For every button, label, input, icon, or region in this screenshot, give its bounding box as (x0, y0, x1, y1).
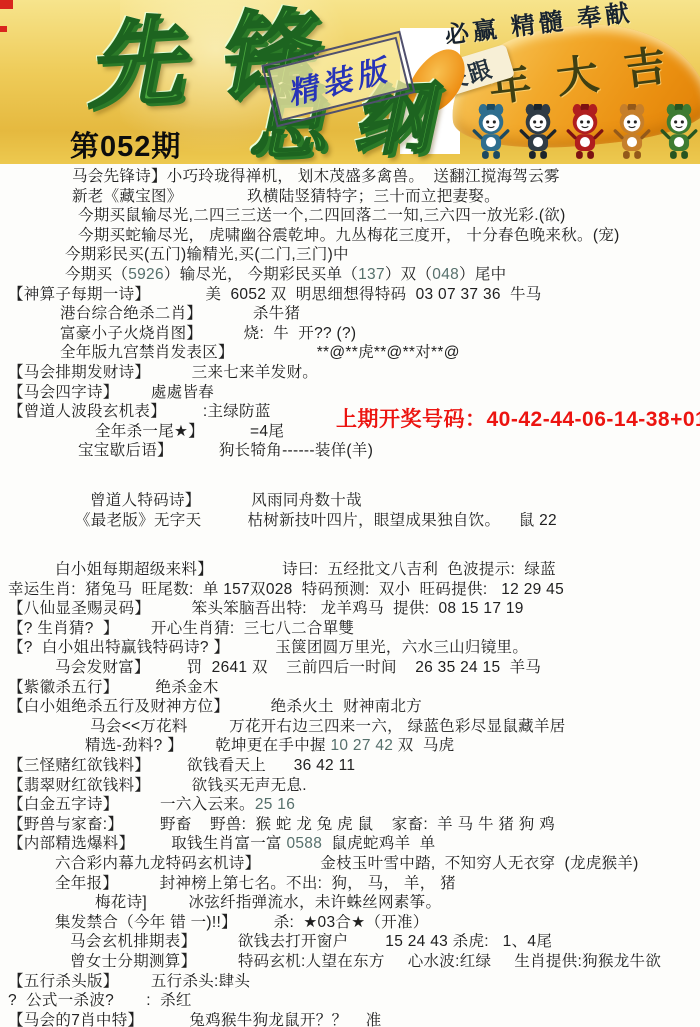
row-text: 今期买（ (65, 266, 128, 283)
text-row: 曾道人特码诗】 风雨同舟数十哉 (0, 491, 700, 511)
row-text: 幸运生肖: 猪兔马 旺尾数: 单 157双028 特码预测: 双小 旺码提供: … (8, 581, 564, 598)
row-text: 白小姐每期超级来料】 诗曰: 五经批文八吉利 色波提示: 绿蓝 (55, 561, 556, 578)
row-text: 《最老版》无字天 枯树新技叶四片，眼望成果独自饮。 鼠 22 (75, 512, 557, 529)
highlight-number: 25 16 (255, 796, 295, 813)
text-row: 今期买（5926）输尽光， 今期彩民买单（137）双（048）尾中 (0, 265, 700, 285)
row-text: ）双（ (385, 266, 432, 283)
text-row: 港台综合绝杀二肖】 杀牛猪 (0, 304, 700, 324)
text-row: 集发禁合（今年 错 一)!!】 杀: ★03合★（开准） (0, 913, 700, 933)
row-text: 马会<<万花料 万花开右边三四来一六， 绿蓝色彩尽显鼠藏羊居 (90, 718, 566, 735)
row-text: 【内部精选爆料】 取钱生肖富一富 (8, 835, 286, 852)
text-row: 白小姐每期超级来料】 诗曰: 五经批文八吉利 色波提示: 绿蓝 (0, 560, 700, 580)
row-text: 【神算子每期一诗】 美 6052 双 明思细想得特码 03 07 37 36 牛… (8, 286, 542, 303)
text-row: 今期彩民买(五门)输精光,买(二门,三门)中 (0, 245, 700, 265)
text-row: 幸运生肖: 猪兔马 旺尾数: 单 157双028 特码预测: 双小 旺码提供: … (0, 580, 700, 600)
row-text: 港台综合绝杀二肖】 杀牛猪 (60, 305, 300, 322)
text-row: 马会玄机排期表】 欲钱去打开窗户 15 24 43 杀虎: 1、4尾 (0, 932, 700, 952)
highlight-number: 5926 (128, 266, 164, 283)
text-row: 【曾道人波段玄机表】 :主绿防蓝 (0, 402, 700, 422)
text-row: 【翡翠财红欲钱料】 欲钱买无声无息. (0, 776, 700, 796)
row-text: 马会先锋诗】小巧玲珑得禅机， 划木茂盛多禽兽。 送翻江搅海驾云雾 (72, 168, 560, 185)
lottery-tip-sheet: 必赢 精髓 奉献 年大吉 長跟 先锋 总纲 精装版 第052期 上期开奖号码：4… (0, 0, 700, 1027)
text-row: 【? 生肖猜? 】 开心生肖猜: 三七八二合單雙 (0, 619, 700, 639)
highlight-number: 0588 (286, 835, 322, 852)
text-row: 马会<<万花料 万花开右边三四来一六， 绿蓝色彩尽显鼠藏羊居 (0, 717, 700, 737)
row-text: 马会发财富】 罚 2641 双 三前四后一时间 26 35 24 15 羊马 (55, 659, 541, 676)
text-row: 【马会排期发财诗】 三来七来羊发财。 (0, 363, 700, 383)
row-text: ）输尽光， 今期彩民买单（ (164, 266, 358, 283)
text-row: 【内部精选爆料】 取钱生肖富一富 0588 鼠虎蛇鸡羊 单 (0, 834, 700, 854)
text-row: 新老《藏宝图》 玖横陆竖猜特字；三十而立把妻娶。 (0, 187, 700, 207)
text-row: 马会先锋诗】小巧玲珑得禅机， 划木茂盛多禽兽。 送翻江搅海驾云雾 (0, 167, 700, 187)
mascot-panda-icon (519, 104, 557, 160)
row-spacer (0, 461, 700, 491)
mascot-red-icon (566, 104, 604, 160)
row-text: 富豪小子火烧肖图】 烧: 牛 开?? (?) (60, 325, 356, 342)
row-text: 梅花诗] 冰弦纤指弹流水，未许蛛丝网素筝。 (95, 894, 441, 911)
row-text: 【马会四字诗】 處處皆春 (8, 384, 214, 401)
text-row: 全年杀一尾★】 =4尾 (0, 422, 700, 442)
row-text: 马会玄机排期表】 欲钱去打开窗户 15 24 43 杀虎: 1、4尾 (70, 933, 552, 950)
row-text: 【八仙显圣赐灵码】 笨头笨脑吾出特: 龙羊鸡马 提供: 08 15 17 19 (8, 600, 524, 617)
text-row: 【五行杀头版】 五行杀头:肆头 (0, 972, 700, 992)
row-text: 【马会排期发财诗】 三来七来羊发财。 (8, 364, 318, 381)
row-text: 宝宝歇后语】 狗长犄角------装佯(羊) (78, 442, 373, 459)
row-text: 集发禁合（今年 错 一)!!】 杀: ★03合★（开准） (55, 914, 429, 931)
text-row: 《最老版》无字天 枯树新技叶四片，眼望成果独自饮。 鼠 22 (0, 511, 700, 531)
text-row: 【紫徽杀五行】 绝杀金木 (0, 678, 700, 698)
text-row: 全年报】 封神榜上第七名。不出: 狗， 马， 羊， 猪 (0, 874, 700, 894)
row-text: 【三怪赌红欲钱料】 欲钱看天上 36 42 11 (8, 757, 355, 774)
row-text: 今期买鼠输尽光,二四三三送一个,二四回落二一知,三六四一放光彩.(欲) (78, 207, 566, 224)
text-row: 【野兽与家畜:】 野畜 野兽: 猴 蛇 龙 兔 虎 鼠 家畜: 羊 马 牛 猪 … (0, 815, 700, 835)
row-text: 曾女士分期测算】 特码玄机:人望在东方 心水波:红绿 生肖提供:狗猴龙牛欲 (70, 953, 661, 970)
text-row: 【白金五字诗】 一六入云来。25 16 (0, 795, 700, 815)
row-text: 六合彩内幕九龙特码玄机诗】 金枝玉叶雪中踏, 不知穷人无衣穿 (龙虎猴羊) (55, 855, 639, 872)
row-text: 曾道人特码诗】 风雨同舟数十哉 (90, 492, 362, 509)
row-text: 【紫徽杀五行】 绝杀金木 (8, 679, 219, 696)
row-text: 【曾道人波段玄机表】 :主绿防蓝 (8, 403, 271, 420)
row-text: 【翡翠财红欲钱料】 欲钱买无声无息. (8, 777, 307, 794)
masthead: 必赢 精髓 奉献 年大吉 長跟 先锋 总纲 精装版 第052期 (0, 0, 700, 164)
highlight-number: 10 27 42 (330, 737, 393, 754)
row-text: 今期买蛇输尽光， 虎啸幽谷震乾坤。九丛梅花三度开， 十分春色晚来秋。(宠) (78, 227, 620, 244)
row-text: ）尾中 (459, 266, 506, 283)
text-row: 宝宝歇后语】 狗长犄角------装佯(羊) (0, 441, 700, 461)
text-row: 富豪小子火烧肖图】 烧: 牛 开?? (?) (0, 324, 700, 344)
mascot-orange-icon (613, 104, 651, 160)
text-row: 【白小姐绝杀五行及财神方位】 绝杀火土 财神南北方 (0, 697, 700, 717)
text-row: 全年版九宫禁肖发表区】 **@**虎**@**对**@ (0, 343, 700, 363)
text-row: 今期买蛇输尽光， 虎啸幽谷震乾坤。九丛梅花三度开， 十分春色晚来秋。(宠) (0, 226, 700, 246)
text-row: 今期买鼠输尽光,二四三三送一个,二四回落二一知,三六四一放光彩.(欲) (0, 206, 700, 226)
row-text: 【白小姐绝杀五行及财神方位】 绝杀火土 财神南北方 (8, 698, 422, 715)
red-corner-mark-small (0, 26, 7, 32)
highlight-number: 048 (432, 266, 459, 283)
row-text: 全年杀一尾★】 =4尾 (95, 423, 284, 440)
row-text: 今期彩民买(五门)输精光,买(二门,三门)中 (65, 246, 349, 263)
red-corner-mark (0, 0, 13, 9)
row-text: 【? 生肖猜? 】 开心生肖猜: 三七八二合單雙 (8, 620, 354, 637)
row-text: 【野兽与家畜:】 野畜 野兽: 猴 蛇 龙 兔 虎 鼠 家畜: 羊 马 牛 猪 … (8, 816, 555, 833)
row-text: 双 马虎 (393, 737, 454, 754)
row-text: 新老《藏宝图》 玖横陆竖猜特字；三十而立把妻娶。 (72, 188, 500, 205)
issue-number: 第052期 (70, 124, 181, 164)
mascot-row (472, 100, 698, 160)
row-text: 全年报】 封神榜上第七名。不出: 狗， 马， 羊， 猪 (55, 875, 456, 892)
row-text: 【马会的7肖中特】 兔鸡猴牛狗龙鼠开？？ 准 (8, 1012, 382, 1027)
text-row: 曾女士分期测算】 特码玄机:人望在东方 心水波:红绿 生肖提供:狗猴龙牛欲 (0, 952, 700, 972)
highlight-number: 137 (358, 266, 385, 283)
text-row: 精选-劲料? 】 乾坤更在手中握 10 27 42 双 马虎 (0, 736, 700, 756)
text-row: 六合彩内幕九龙特码玄机诗】 金枝玉叶雪中踏, 不知穷人无衣穿 (龙虎猴羊) (0, 854, 700, 874)
row-text: 【五行杀头版】 五行杀头:肆头 (8, 973, 250, 990)
text-row: ? 公式一杀波? : 杀红 (0, 991, 700, 1011)
text-row: 【马会的7肖中特】 兔鸡猴牛狗龙鼠开？？ 准 (0, 1011, 700, 1027)
mascot-blue-icon (472, 104, 510, 160)
row-text: 【? 白小姐出特赢钱特码诗? 】 玉箧团圆万里光，六水三山归镜里。 (8, 639, 528, 656)
row-text: 鼠虎蛇鸡羊 单 (322, 835, 435, 852)
text-row: 【三怪赌红欲钱料】 欲钱看天上 36 42 11 (0, 756, 700, 776)
text-row: 梅花诗] 冰弦纤指弹流水，未许蛛丝网素筝。 (0, 893, 700, 913)
text-row: 【马会四字诗】 處處皆春 (0, 383, 700, 403)
row-spacer (0, 530, 700, 560)
text-row: 【神算子每期一诗】 美 6052 双 明思细想得特码 03 07 37 36 牛… (0, 285, 700, 305)
row-text: 【白金五字诗】 一六入云来。 (8, 796, 255, 813)
text-row: 【八仙显圣赐灵码】 笨头笨脑吾出特: 龙羊鸡马 提供: 08 15 17 19 (0, 599, 700, 619)
prediction-text-block: 马会先锋诗】小巧玲珑得禅机， 划木茂盛多禽兽。 送翻江搅海驾云雾新老《藏宝图》 … (0, 167, 700, 1027)
mascot-green-icon (660, 104, 698, 160)
row-text: ? 公式一杀波? : 杀红 (8, 992, 192, 1009)
row-text: 全年版九宫禁肖发表区】 **@**虎**@**对**@ (60, 344, 460, 361)
row-text: 精选-劲料? 】 乾坤更在手中握 (85, 737, 330, 754)
text-row: 马会发财富】 罚 2641 双 三前四后一时间 26 35 24 15 羊马 (0, 658, 700, 678)
text-row: 【? 白小姐出特赢钱特码诗? 】 玉箧团圆万里光，六水三山归镜里。 (0, 638, 700, 658)
